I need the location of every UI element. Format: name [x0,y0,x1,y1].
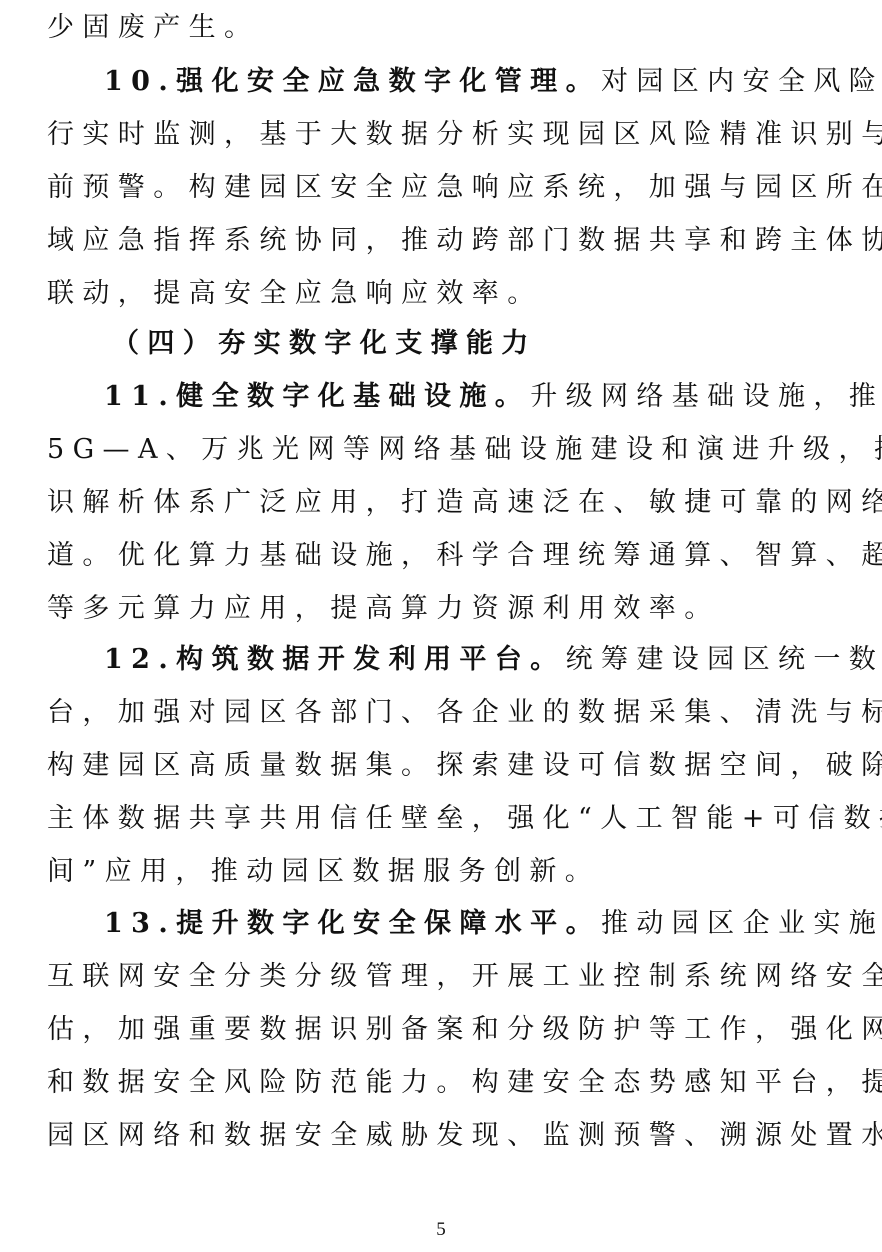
body-text: 道。优化算力基础设施，科学合理统筹通算、智算、超算 [47,540,882,571]
paragraph-line: 5G—A、万兆光网等网络基础设施建设和演进升级，推进标 [47,430,827,470]
body-text: 主体数据共享共用信任壁垒，强化“人工智能+可信数据空 [47,803,882,834]
bold-lead-text: 10.强化安全应急数字化管理。 [104,66,601,97]
body-text: 联动，提高安全应急响应效率。 [47,278,543,309]
body-text: 行实时监测，基于大数据分析实现园区风险精准识别与提 [47,119,882,150]
paragraph-line: 台，加强对园区各部门、各企业的数据采集、清洗与标注， [47,693,827,733]
bold-lead-text: 13.提升数字化安全保障水平。 [104,908,601,939]
paragraph-first-line: 12.构筑数据开发利用平台。统筹建设园区统一数字平 [104,640,882,680]
body-text: 域应急指挥系统协同，推动跨部门数据共享和跨主体协调 [47,225,882,256]
paragraph-line: 道。优化算力基础设施，科学合理统筹通算、智算、超算 [47,536,827,576]
body-text: 构建园区高质量数据集。探索建设可信数据空间，破除多 [47,750,882,781]
paragraph-line: 识解析体系广泛应用，打造高速泛在、敏捷可靠的网络通 [47,483,827,523]
bold-lead-text: 11.健全数字化基础设施。 [104,381,530,412]
page-number: 5 [0,1218,882,1242]
body-text: 等多元算力应用，提高算力资源利用效率。 [47,593,720,624]
paragraph-first-line: 10.强化安全应急数字化管理。对园区内安全风险点进 [104,62,882,102]
body-text: 互联网安全分类分级管理，开展工业控制系统网络安全评 [47,961,882,992]
paragraph-line: 少固废产生。 [47,8,827,48]
paragraph-line: 构建园区高质量数据集。探索建设可信数据空间，破除多 [47,746,827,786]
body-text: 间”应用，推动园区数据服务创新。 [47,856,600,887]
bold-lead-text: （四）夯实数字化支撑能力 [112,328,537,359]
body-text: 升级网络基础设施，推动 [530,381,882,412]
section-heading: （四）夯实数字化支撑能力 [112,324,882,364]
body-text: 台，加强对园区各部门、各企业的数据采集、清洗与标注， [47,697,882,728]
paragraph-line: 和数据安全风险防范能力。构建安全态势感知平台，提高 [47,1063,827,1103]
body-text: 5G—A、万兆光网等网络基础设施建设和演进升级，推进标 [47,434,882,465]
paragraph-line: 互联网安全分类分级管理，开展工业控制系统网络安全评 [47,957,827,997]
paragraph-line: 前预警。构建园区安全应急响应系统，加强与园区所在区 [47,168,827,208]
paragraph-line: 园区网络和数据安全威胁发现、监测预警、溯源处置水平。 [47,1116,827,1156]
body-text: 识解析体系广泛应用，打造高速泛在、敏捷可靠的网络通 [47,487,882,518]
document-page: 少固废产生。10.强化安全应急数字化管理。对园区内安全风险点进行实时监测，基于大… [0,0,882,1252]
paragraph-line: 主体数据共享共用信任壁垒，强化“人工智能+可信数据空 [47,799,827,839]
body-text: 估，加强重要数据识别备案和分级防护等工作，强化网络 [47,1014,882,1045]
paragraph-line: 间”应用，推动园区数据服务创新。 [47,852,827,892]
body-text: 和数据安全风险防范能力。构建安全态势感知平台，提高 [47,1067,882,1098]
paragraph-line: 行实时监测，基于大数据分析实现园区风险精准识别与提 [47,115,827,155]
body-text: 少固废产生。 [47,12,259,43]
body-text: 推动园区企业实施工业 [601,908,882,939]
paragraph-first-line: 13.提升数字化安全保障水平。推动园区企业实施工业 [104,904,882,944]
bold-lead-text: 12.构筑数据开发利用平台。 [104,644,566,675]
body-text: 对园区内安全风险点进 [601,66,882,97]
body-text: 前预警。构建园区安全应急响应系统，加强与园区所在区 [47,172,882,203]
body-text: 统筹建设园区统一数字平 [566,644,882,675]
paragraph-line: 等多元算力应用，提高算力资源利用效率。 [47,589,827,629]
paragraph-first-line: 11.健全数字化基础设施。升级网络基础设施，推动 [104,377,882,417]
paragraph-line: 联动，提高安全应急响应效率。 [47,274,827,314]
body-text: 园区网络和数据安全威胁发现、监测预警、溯源处置水平。 [47,1120,882,1151]
paragraph-line: 估，加强重要数据识别备案和分级防护等工作，强化网络 [47,1010,827,1050]
paragraph-line: 域应急指挥系统协同，推动跨部门数据共享和跨主体协调 [47,221,827,261]
